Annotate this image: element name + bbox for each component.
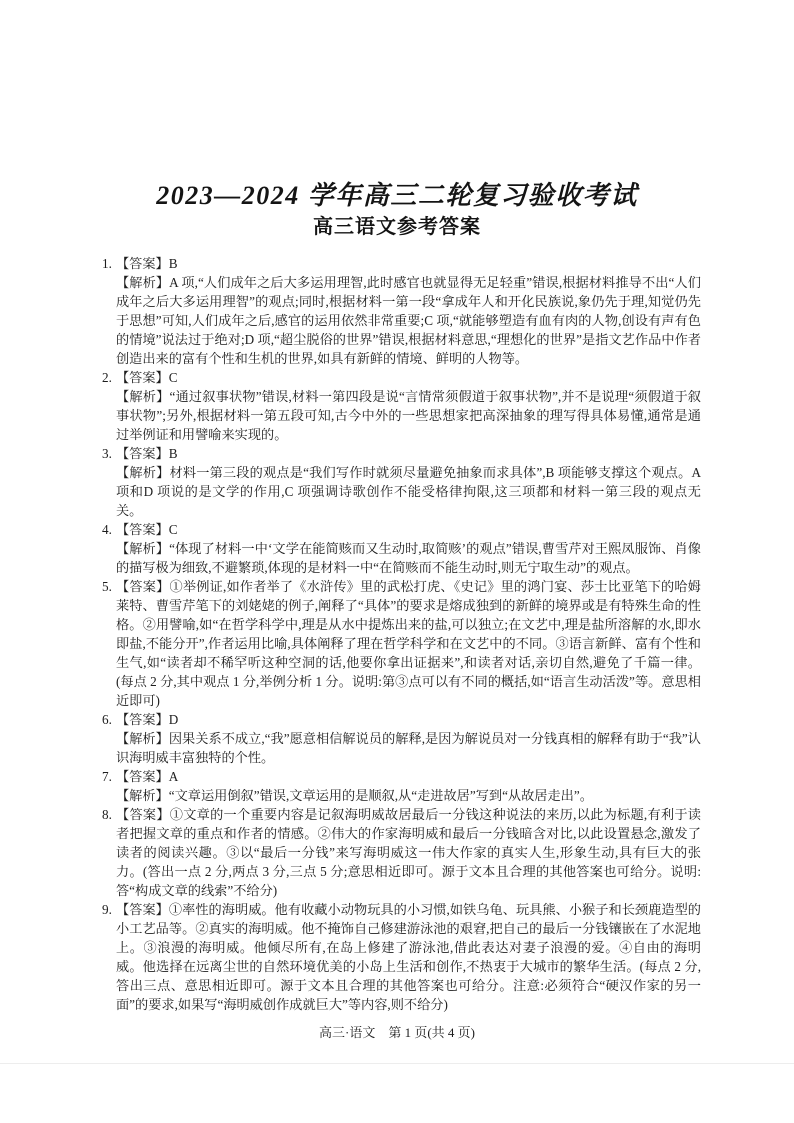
answer-text: 【答案】①举例证,如作者举了《水浒传》里的武松打虎、《史记》里的鸿门宴、莎士比亚… (116, 577, 701, 710)
answer-text: 【答案】①文章的一个重要内容是记叙海明威故居最后一分钱这种说法的来历,以此为标题… (116, 805, 701, 900)
answer-item: 4.【答案】C【解析】“体现了材料一中‘文学在能简赅而又生动时,取简赅’的观点”… (102, 520, 701, 577)
analysis-text: 【解析】“体现了材料一中‘文学在能简赅而又生动时,取简赅’的观点”错误,曹雪芹对… (116, 539, 701, 577)
scanned-answer-sheet: 2023—2024 学年高三二轮复习验收考试 高三语文参考答案 1.【答案】B【… (0, 0, 794, 1123)
analysis-text: 【解析】“通过叙事状物”错误,材料一第四段是说“言情常须假道于叙事状物”,并不是… (116, 387, 701, 444)
item-number: 2. (102, 368, 112, 387)
answer-text: 【答案】B (116, 444, 701, 463)
item-number: 9. (102, 900, 112, 919)
answer-text: 【答案】A (116, 767, 701, 786)
analysis-text: 【解析】A 项,“人们成年之后大多运用理智,此时感官也就显得无足轻重”错误,根据… (116, 273, 701, 368)
answer-item: 8.【答案】①文章的一个重要内容是记叙海明威故居最后一分钱这种说法的来历,以此为… (102, 805, 701, 900)
answer-text: 【答案】C (116, 520, 701, 539)
answer-text: 【答案】C (116, 368, 701, 387)
item-number: 5. (102, 577, 112, 596)
analysis-text: 【解析】因果关系不成立,“我”愿意相信解说员的解释,是因为解说员对一分钱真相的解… (116, 729, 701, 767)
item-number: 8. (102, 805, 112, 824)
answer-item: 6.【答案】D【解析】因果关系不成立,“我”愿意相信解说员的解释,是因为解说员对… (102, 710, 701, 767)
answer-item: 3.【答案】B【解析】材料一第三段的观点是“我们写作时就须尽量避免抽象而求具体”… (102, 444, 701, 520)
exam-subtitle: 高三语文参考答案 (0, 214, 794, 241)
exam-title: 2023—2024 学年高三二轮复习验收考试 (0, 0, 794, 211)
item-number: 7. (102, 767, 112, 786)
page-footer: 高三·语文 第 1 页(共 4 页) (0, 1023, 794, 1042)
answer-text: 【答案】B (116, 254, 701, 273)
item-number: 3. (102, 444, 112, 463)
answer-item: 1.【答案】B【解析】A 项,“人们成年之后大多运用理智,此时感官也就显得无足轻… (102, 254, 701, 368)
analysis-text: 【解析】材料一第三段的观点是“我们写作时就须尽量避免抽象而求具体”,B 项能够支… (116, 463, 701, 520)
scan-artifact-line (0, 1063, 794, 1064)
answer-text: 【答案】①率性的海明威。他有收藏小动物玩具的小习惯,如铁乌龟、玩具熊、小猴子和长… (116, 900, 701, 1014)
answer-item: 5.【答案】①举例证,如作者举了《水浒传》里的武松打虎、《史记》里的鸿门宴、莎士… (102, 577, 701, 710)
answer-item: 7.【答案】A【解析】“文章运用倒叙”错误,文章运用的是顺叙,从“走进故居”写到… (102, 767, 701, 805)
answer-list: 1.【答案】B【解析】A 项,“人们成年之后大多运用理智,此时感官也就显得无足轻… (102, 254, 701, 1014)
answer-text: 【答案】D (116, 710, 701, 729)
analysis-text: 【解析】“文章运用倒叙”错误,文章运用的是顺叙,从“走进故居”写到“从故居走出”… (116, 786, 701, 805)
item-number: 1. (102, 254, 112, 273)
item-number: 4. (102, 520, 112, 539)
answer-item: 2.【答案】C【解析】“通过叙事状物”错误,材料一第四段是说“言情常须假道于叙事… (102, 368, 701, 444)
item-number: 6. (102, 710, 112, 729)
answer-item: 9.【答案】①率性的海明威。他有收藏小动物玩具的小习惯,如铁乌龟、玩具熊、小猴子… (102, 900, 701, 1014)
